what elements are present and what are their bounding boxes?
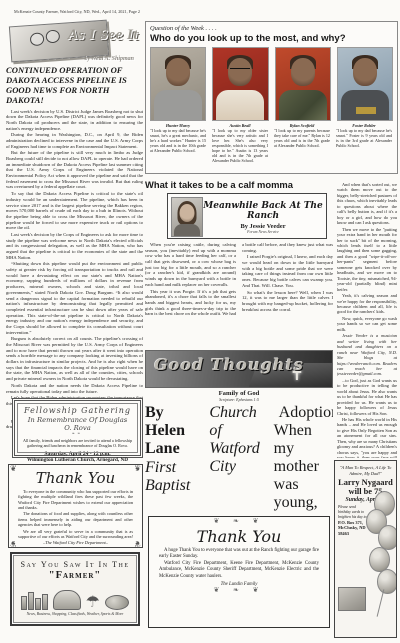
eyeglasses: [230, 68, 250, 75]
right-rail-column: And when that's sorted out, we watch the…: [337, 182, 397, 458]
question-kicker: Question of the Week . . . .: [150, 25, 393, 32]
paragraph: Yeah, it's calving season and we're happ…: [337, 293, 397, 315]
paragraph: To say that the Dakota Access Pipeline i…: [6, 191, 143, 231]
paragraph: So what's the lesson here? Well, when I …: [242, 290, 333, 313]
corner-ornament: ❦: [10, 465, 17, 473]
paragraph: During the hearing in Washington, D.C., …: [6, 132, 143, 149]
card-note: Please send birthday cards to brighten h…: [338, 505, 368, 519]
shirt-graphic: [356, 107, 376, 114]
question-of-week-section: Question of the Week . . . . Who do you …: [145, 21, 398, 174]
ad-body: To everyone in the community who has sup…: [18, 489, 133, 539]
ad-line1: Say You Saw It In The: [18, 560, 132, 569]
devotional-title: Family of God: [145, 390, 333, 397]
answer-caption: Hunter Marcy "I look up to my dad becaus…: [150, 123, 206, 165]
editorial-column: CONTINUED OPERATION OF DAKOTA ACCESS PIP…: [6, 66, 143, 431]
shirt: [279, 90, 327, 121]
paragraph: And when that's sorted out, we watch the…: [337, 182, 397, 226]
paragraph: But the future of the pipeline is still …: [6, 150, 143, 190]
lundin-thank-you-ad: ❦ ❧ ❦ Thank You A huge Thank You to ever…: [148, 516, 330, 628]
devotional-continuation: ...to God, just as God wants us to be pr…: [337, 378, 397, 458]
ad-title: Thank You: [159, 527, 319, 546]
paragraph: To everyone in the community who has sup…: [18, 489, 133, 510]
column-title: Meanwhile Back At The Ranch: [203, 201, 323, 221]
address-zip: 58463: [338, 531, 349, 536]
corner-ornament: ❦: [10, 539, 17, 547]
paragraph: “Shutting down this pipeline would put t…: [6, 261, 143, 335]
paragraph: He has His whole world in His hands – an…: [337, 417, 397, 458]
address-line1: P.O. Box 371,: [338, 520, 363, 525]
floral-border-bottom: ❦ ❧ ❦: [159, 587, 319, 595]
corner-ornament: ❦: [134, 539, 141, 547]
ad-caption: News, Business, Shopping, Classifieds, W…: [18, 612, 132, 616]
paragraph: Adoption. When my mother was young, ther…: [274, 404, 333, 512]
paragraph: North Dakota and the nation needs the Da…: [6, 383, 143, 394]
editorial-headline: CONTINUED OPERATION OF DAKOTA ACCESS PIP…: [6, 66, 143, 106]
birthday-name: Larry Nygaard: [338, 478, 393, 487]
student-photo: [337, 47, 393, 121]
student-photo: [275, 47, 331, 121]
shirt: [154, 90, 202, 121]
paragraph: Last week's decision by the Corps of Eng…: [6, 232, 143, 260]
fire-dept-thank-you-ad: ❦ ❦ ❦ ❦ Thank You To everyone in the com…: [8, 464, 143, 548]
paragraph: Watford City Fire Department, Keene Fire…: [159, 561, 319, 580]
editorial-body: Last week's decision by U.S. District Ju…: [6, 109, 143, 407]
paragraph: When you're raising cattle, during calvi…: [145, 242, 236, 288]
article-headline: What it takes to be a calf momma: [145, 179, 333, 190]
basket-graphic: [53, 590, 81, 610]
birthday-ad: "A Man To Respect, A Life To Admire, My …: [334, 460, 397, 638]
floral-border-top: ❦ ❧ ❦: [159, 518, 319, 526]
birthday-photo: [338, 587, 366, 611]
ad-signature: –The Watford City Fire Department–: [18, 540, 133, 545]
balloon-string: [377, 589, 385, 616]
paragraph: ...to God, just as God wants us to be pr…: [337, 378, 397, 416]
fellowship-gathering-ad: Fellowship Gathering In Remembrance Of D…: [12, 398, 143, 458]
face: [291, 58, 315, 86]
ad-subtitle: In Remembrance Of Douglas O. Rova: [23, 416, 132, 432]
face: [166, 58, 190, 86]
shoulders: [174, 224, 200, 237]
answer-captions: Hunter Marcy "I look up to my dad becaus…: [150, 123, 393, 165]
ad-title: Thank You: [18, 469, 133, 487]
ad-body: All family, friends and neighbors are in…: [23, 439, 132, 449]
column-masthead-box: Meanwhile Back At The Ranch By Jessie Ve…: [167, 193, 327, 239]
answer-caption: Austin Beall "I look up to my older sist…: [212, 123, 268, 165]
answer-photos: [150, 47, 393, 121]
answer-caption: Foster Rohler "I look up to my dad becau…: [336, 123, 392, 165]
scripture-reference: Scripture: Ephesians 1:5: [145, 397, 333, 402]
farmer-promo-ad: Say You Saw It In The "Farmer" ☂ News, B…: [10, 552, 140, 626]
good-thoughts-section: ✝ Good Thoughts Family of God Scripture:…: [145, 350, 333, 512]
author-bio: Jessie Veeder is a musician and writer l…: [337, 333, 397, 377]
logo-byline: by Neal A. Shipman: [85, 56, 134, 62]
ad-quote: "A Man To Respect, A Life To Admire, My …: [338, 465, 393, 476]
masthead-line: McKenzie County Farmer, Watford City, ND…: [14, 9, 294, 14]
column-byline: By Jessie Veeder: [203, 223, 323, 230]
shirt: [216, 90, 264, 121]
face: [180, 204, 195, 222]
corner-ornament: ❦: [134, 465, 141, 473]
question-headline: Who do you look up to the most, and why?: [150, 33, 393, 44]
bottles-graphic: [21, 592, 48, 610]
paragraph: By Helen Lane: [145, 404, 204, 458]
ad-line2: "Farmer": [18, 570, 132, 581]
paragraph: I raised Porgie's original, I knew, and …: [242, 254, 333, 288]
balloon: [377, 569, 397, 594]
paragraph: Then we move to the "putting your extra …: [337, 227, 397, 292]
football-graphic: [105, 595, 129, 610]
banner-title: Good Thoughts: [154, 355, 304, 374]
answer-caption: Rylan Scofield "I look up to my parents …: [274, 123, 330, 165]
face: [353, 58, 377, 86]
logo-title: As I See It: [68, 27, 138, 44]
newspaper-page: McKenzie County Farmer, Watford City, ND…: [0, 0, 400, 643]
student-photo: [150, 47, 206, 121]
ad-title: Fellowship Gathering: [23, 406, 132, 415]
as-i-see-it-logo: As I See It by Neal A. Shipman: [8, 19, 140, 63]
paragraph: The donations of food and supplies, alon…: [18, 511, 133, 527]
paragraph: Burgum is absolutely correct on all coun…: [6, 336, 143, 382]
event-location: Wilmington Lutheran Church, Arnegard, ND: [23, 457, 132, 463]
paragraph: Now, quick, everyone go wash your hands …: [337, 316, 397, 332]
address-line2: McClusky, ND: [338, 525, 366, 530]
article-body: When you're raising cattle, during calvi…: [145, 242, 333, 346]
article-continuation: And when that's sorted out, we watch the…: [337, 182, 397, 332]
good-thoughts-banner: ✝ Good Thoughts: [145, 350, 333, 388]
author-photo: [171, 197, 203, 237]
student-photo: [212, 47, 268, 121]
paragraph: A huge Thank You to everyone that was ou…: [159, 548, 319, 560]
ad-body: A huge Thank You to everyone that was ou…: [159, 548, 319, 580]
balloons-graphic: [366, 491, 397, 621]
ranch-column-article: What it takes to be a calf momma Meanwhi…: [145, 179, 333, 347]
column-credit: Forum News Service: [203, 230, 323, 234]
devotional-body: By Helen LaneFirst Baptist Church of Wat…: [145, 404, 333, 512]
paragraph: We are all very grateful to serve in a c…: [18, 529, 133, 540]
shirt: [341, 90, 389, 121]
umbrella-icon: ☂: [86, 594, 100, 610]
column-masthead-text: Meanwhile Back At The Ranch By Jessie Ve…: [203, 197, 323, 235]
paragraph: Last week's decision by U.S. District Ju…: [6, 109, 143, 132]
ad-graphics: ☂: [18, 584, 132, 610]
